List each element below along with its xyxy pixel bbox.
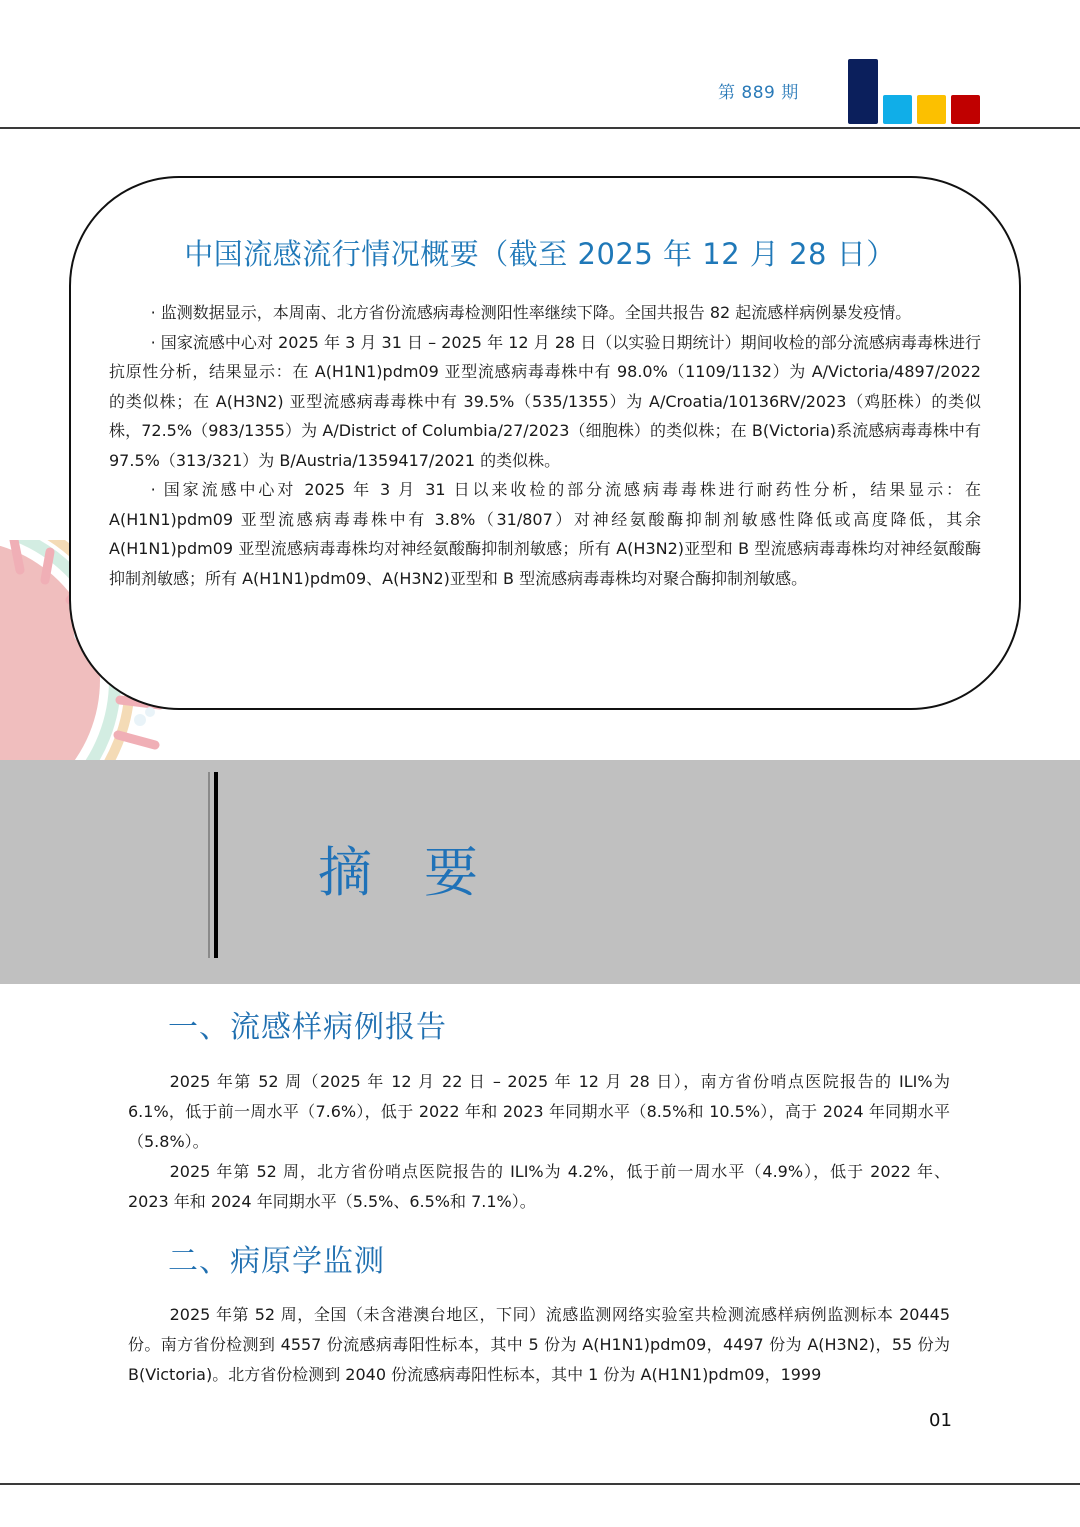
summary-body: · 监测数据显示，本周南、北方省份流感病毒检测阳性率继续下降。全国共报告 82 … [109, 298, 981, 593]
summary-paragraph: · 国家流感中心对 2025 年 3 月 31 日 – 2025 年 12 月 … [109, 328, 981, 476]
abstract-banner: 摘要 [0, 760, 1080, 984]
section-heading-pathogen: 二、病原学监测 [168, 1236, 385, 1280]
section-body-pathogen: 2025 年第 52 周，全国（未含港澳台地区，下同）流感监测网络实验室共检测流… [128, 1300, 950, 1390]
header-divider [0, 127, 1080, 129]
section-body-ili: 2025 年第 52 周（2025 年 12 月 22 日 – 2025 年 1… [128, 1067, 950, 1217]
summary-title: 中国流感流行情况概要（截至 2025 年 12 月 28 日） [0, 232, 1080, 273]
summary-paragraph: · 国家流感中心对 2025 年 3 月 31 日以来收检的部分流感病毒毒株进行… [109, 475, 981, 593]
banner-accent-line-bold [214, 772, 218, 958]
issue-number: 第 889 期 [718, 78, 799, 103]
logo-bar-red [951, 95, 980, 124]
publication-logo [848, 59, 980, 125]
section-heading-ili: 一、流感样病例报告 [168, 1002, 447, 1046]
page-number: 01 [929, 1410, 952, 1431]
footer-divider [0, 1483, 1080, 1485]
banner-accent-line [208, 772, 210, 958]
abstract-title: 摘要 [318, 830, 530, 907]
logo-bar-cyan [883, 95, 912, 124]
body-paragraph: 2025 年第 52 周（2025 年 12 月 22 日 – 2025 年 1… [128, 1067, 950, 1157]
summary-paragraph: · 监测数据显示，本周南、北方省份流感病毒检测阳性率继续下降。全国共报告 82 … [109, 298, 981, 328]
body-paragraph: 2025 年第 52 周，北方省份哨点医院报告的 ILI%为 4.2%，低于前一… [128, 1157, 950, 1217]
logo-bar-navy [848, 59, 878, 124]
logo-bar-yellow [917, 95, 946, 124]
body-paragraph: 2025 年第 52 周，全国（未含港澳台地区，下同）流感监测网络实验室共检测流… [128, 1300, 950, 1390]
